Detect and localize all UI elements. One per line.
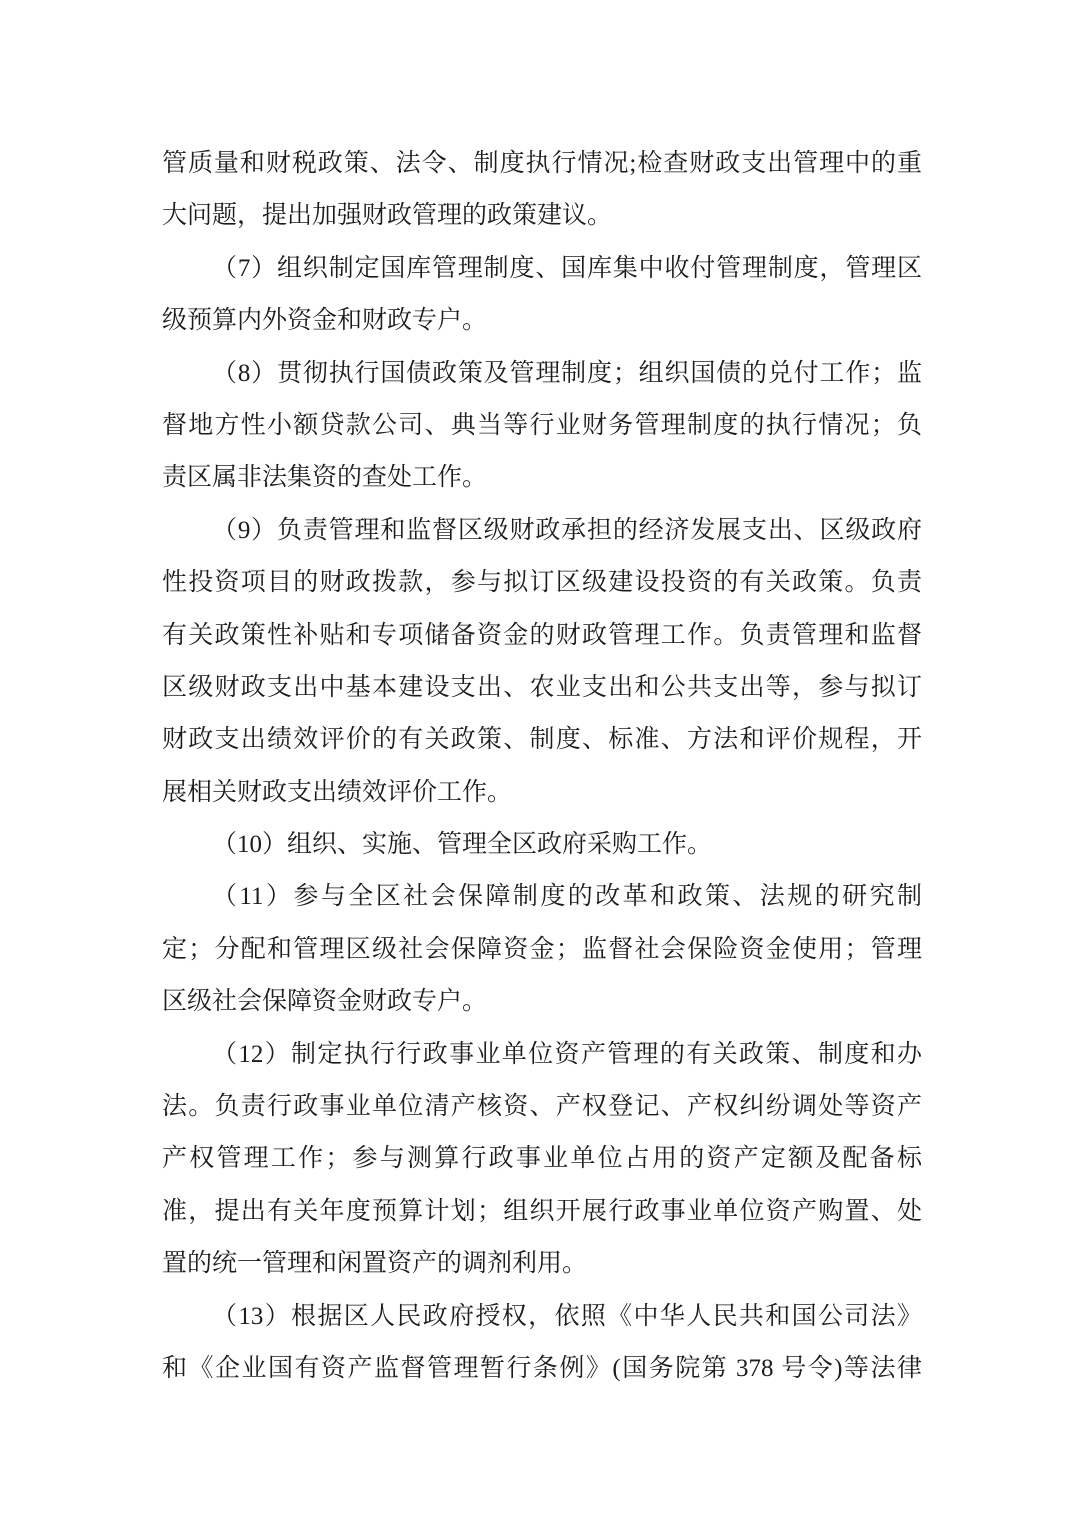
text-line: （10）组织、实施、管理全区政府采购工作。 bbox=[162, 819, 922, 871]
text-line: 定；分配和管理区级社会保障资金；监督社会保险资金使用；管理 bbox=[162, 924, 922, 976]
text-line: 法。负责行政事业单位清产核资、产权登记、产权纠纷调处等资产 bbox=[162, 1081, 922, 1133]
text-line: 督地方性小额贷款公司、典当等行业财务管理制度的执行情况；负 bbox=[162, 400, 922, 452]
text-line: 财政支出绩效评价的有关政策、制度、标准、方法和评价规程，开 bbox=[162, 714, 922, 766]
text-line: （12）制定执行行政事业单位资产管理的有关政策、制度和办 bbox=[162, 1029, 922, 1081]
text-line: 区级财政支出中基本建设支出、农业支出和公共支出等，参与拟订 bbox=[162, 662, 922, 714]
paragraph: （12）制定执行行政事业单位资产管理的有关政策、制度和办法。负责行政事业单位清产… bbox=[162, 1029, 922, 1291]
text-line: 区级社会保障资金财政专户。 bbox=[162, 976, 922, 1028]
paragraph: （9）负责管理和监督区级财政承担的经济发展支出、区级政府性投资项目的财政拨款，参… bbox=[162, 505, 922, 819]
text-line: 有关政策性补贴和专项储备资金的财政管理工作。负责管理和监督 bbox=[162, 610, 922, 662]
paragraph: （7）组织制定国库管理制度、国库集中收付管理制度，管理区级预算内外资金和财政专户… bbox=[162, 243, 922, 348]
text-line: 管质量和财税政策、法令、制度执行情况;检查财政支出管理中的重 bbox=[162, 138, 922, 190]
paragraph: （10）组织、实施、管理全区政府采购工作。 bbox=[162, 819, 922, 871]
text-line: 产权管理工作；参与测算行政事业单位占用的资产定额及配备标 bbox=[162, 1133, 922, 1185]
text-line: （11）参与全区社会保障制度的改革和政策、法规的研究制 bbox=[162, 871, 922, 923]
text-line: 和《企业国有资产监督管理暂行条例》(国务院第 378 号令)等法律 bbox=[162, 1343, 922, 1395]
paragraph: 管质量和财税政策、法令、制度执行情况;检查财政支出管理中的重大问题，提出加强财政… bbox=[162, 138, 922, 243]
text-line: 级预算内外资金和财政专户。 bbox=[162, 295, 922, 347]
text-line: 责区属非法集资的查处工作。 bbox=[162, 452, 922, 504]
text-line: 展相关财政支出绩效评价工作。 bbox=[162, 767, 922, 819]
text-line: 大问题，提出加强财政管理的政策建议。 bbox=[162, 190, 922, 242]
text-line: 置的统一管理和闲置资产的调剂利用。 bbox=[162, 1238, 922, 1290]
text-line: （7）组织制定国库管理制度、国库集中收付管理制度，管理区 bbox=[162, 243, 922, 295]
text-line: （8）贯彻执行国债政策及管理制度；组织国债的兑付工作；监 bbox=[162, 348, 922, 400]
paragraph: （11）参与全区社会保障制度的改革和政策、法规的研究制定；分配和管理区级社会保障… bbox=[162, 871, 922, 1028]
text-line: 性投资项目的财政拨款，参与拟订区级建设投资的有关政策。负责 bbox=[162, 557, 922, 609]
document-page: 管质量和财税政策、法令、制度执行情况;检查财政支出管理中的重大问题，提出加强财政… bbox=[0, 0, 1075, 1521]
text-line: 准，提出有关年度预算计划；组织开展行政事业单位资产购置、处 bbox=[162, 1186, 922, 1238]
text-line: （9）负责管理和监督区级财政承担的经济发展支出、区级政府 bbox=[162, 505, 922, 557]
paragraph: （13）根据区人民政府授权，依照《中华人民共和国公司法》和《企业国有资产监督管理… bbox=[162, 1291, 922, 1396]
document-text: 管质量和财税政策、法令、制度执行情况;检查财政支出管理中的重大问题，提出加强财政… bbox=[162, 138, 922, 1395]
text-line: （13）根据区人民政府授权，依照《中华人民共和国公司法》 bbox=[162, 1291, 922, 1343]
paragraph: （8）贯彻执行国债政策及管理制度；组织国债的兑付工作；监督地方性小额贷款公司、典… bbox=[162, 348, 922, 505]
